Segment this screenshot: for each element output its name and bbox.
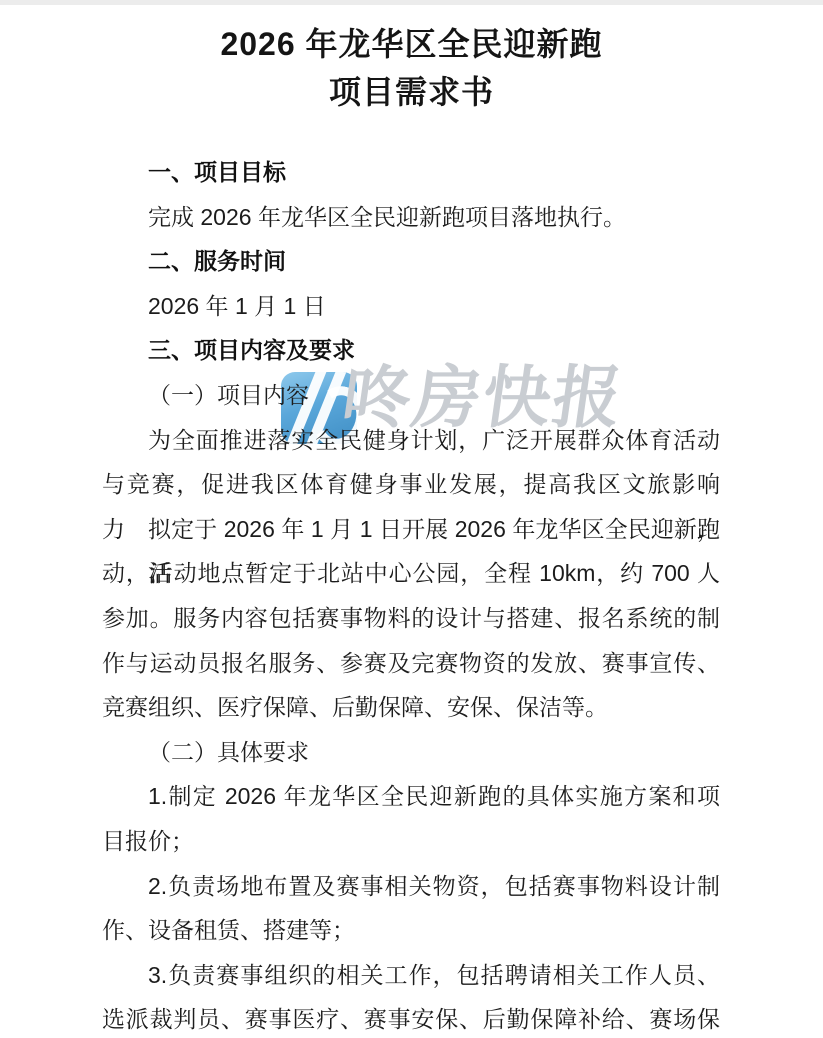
body-line: 三、项目内容及要求 [102,328,720,373]
body-line: 动，活动地点暂定于北站中心公园，全程 10km，约 700 人 [102,551,720,596]
body-line: 竞赛组织、医疗保障、后勤保障、安保、保洁等。 [102,685,720,730]
body-line: 完成 2026 年龙华区全民迎新跑项目落地执行。 [102,195,720,240]
document-body: 一、项目目标完成 2026 年龙华区全民迎新跑项目落地执行。二、服务时间2026… [102,150,720,1038]
document-page: 咚房快报 2026 年龙华区全民迎新跑 项目需求书 一、项目目标完成 2026 … [0,0,823,1038]
body-line: （一）项目内容 [102,373,720,418]
body-line: 目报价； [102,819,720,864]
title-line-2: 项目需求书 [0,68,823,116]
body-line: 2026 年 1 月 1 日 [102,284,720,329]
body-line: 与竞赛，促进我区体育健身事业发展，提高我区文旅影响力， [102,462,720,507]
body-line: 二、服务时间 [102,239,720,284]
body-line: 拟定于 2026 年 1 月 1 日开展 2026 年龙华区全民迎新跑活 [102,507,720,552]
body-line: 2.负责场地布置及赛事相关物资，包括赛事物料设计制 [102,864,720,909]
page-top-edge [0,0,823,5]
body-line: 一、项目目标 [102,150,720,195]
body-line: 1.制定 2026 年龙华区全民迎新跑的具体实施方案和项 [102,774,720,819]
body-line: 参加。服务内容包括赛事物料的设计与搭建、报名系统的制 [102,596,720,641]
body-line: 选派裁判员、赛事医疗、赛事安保、后勤保障补给、赛场保 [102,997,720,1038]
body-line: 3.负责赛事组织的相关工作，包括聘请相关工作人员、 [102,953,720,998]
document-title: 2026 年龙华区全民迎新跑 项目需求书 [0,20,823,116]
title-line-1: 2026 年龙华区全民迎新跑 [0,20,823,68]
body-line: 作与运动员报名服务、参赛及完赛物资的发放、赛事宣传、 [102,641,720,686]
body-line: （二）具体要求 [102,730,720,775]
body-line: 作、设备租赁、搭建等； [102,908,720,953]
body-line: 为全面推进落实全民健身计划，广泛开展群众体育活动 [102,418,720,463]
